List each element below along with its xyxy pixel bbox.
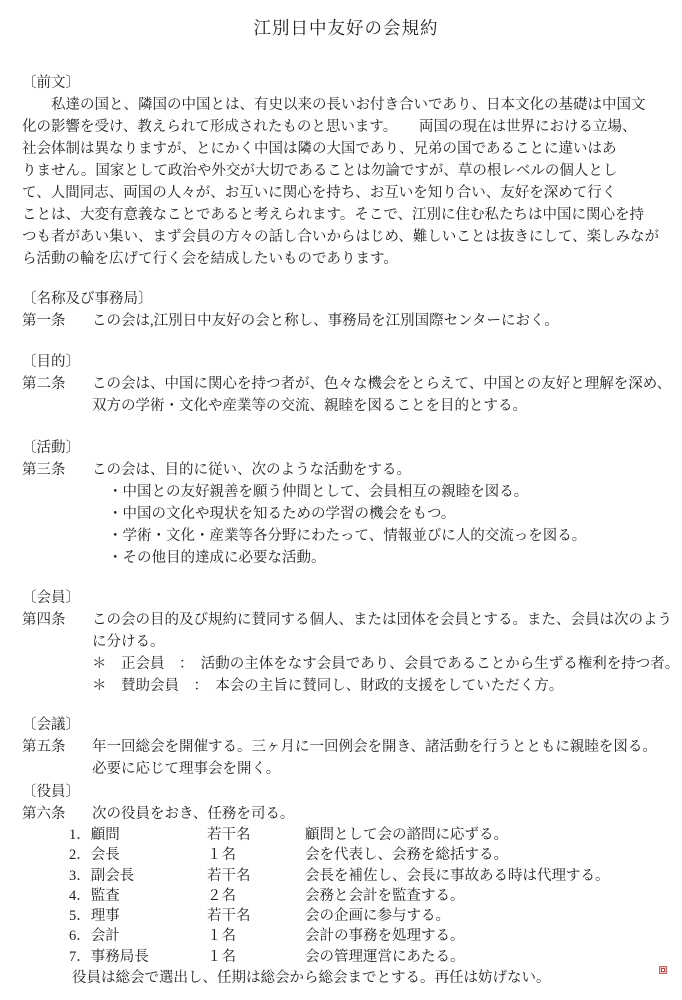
member-types-list: ＊ 正会員 ： 活動の主体をなす会員であり、会員であることから生ずる権利を持つ者…: [92, 653, 679, 697]
activity-item: ・その他目的達成に必要な活動。: [92, 547, 670, 569]
section-heading-purpose: 〔目的〕: [22, 351, 670, 373]
officer-role-row: 3．副会長 若干名 会長を補佐し、会長に事故ある時は代理する。: [69, 866, 670, 886]
officer-role-duty: 顧問として会の諮問に応ずる。: [305, 825, 670, 845]
article-1-number: 第一条: [22, 310, 92, 332]
article-4-number: 第四条: [22, 609, 92, 631]
officer-role-count: 若干名: [207, 825, 305, 845]
preamble-paragraph: 私達の国と、隣国の中国とは、有史以来の長いお付き合いであり、日本文化の基礎は中国…: [22, 94, 670, 270]
officer-role-row: 1．顧問 若干名 顧問として会の諮問に応ずる。: [69, 825, 670, 845]
section-meetings: 〔会議〕 第五条 年一回総会を開催する。三ヶ月に一回例会を開き、諸活動を行うとと…: [22, 714, 670, 780]
officer-role-title: 2．会長: [69, 845, 207, 865]
page-title: 江別日中友好の会規約: [22, 16, 670, 40]
member-type-item: ＊ 正会員 ： 活動の主体をなす会員であり、会員であることから生ずる権利を持つ者…: [92, 653, 679, 675]
member-type-item: ＊ 賛助会員 ： 本会の主旨に賛同し、財政的支援をしていただく方。: [92, 675, 679, 697]
officer-role-duty: 会を代表し、会務を総括する。: [305, 845, 670, 865]
officer-role-count: 若干名: [207, 866, 305, 886]
article-2: 第二条 この会は、中国に関心を持つ者が、色々な機会をとらえて、中国との友好と理解…: [22, 373, 670, 417]
officer-role-duty: 会計の事務を処理する。: [305, 926, 670, 946]
article-3-number: 第三条: [22, 459, 92, 481]
officer-role-count: １名: [207, 926, 305, 946]
article-1-body: この会は,江別日中友好の会と称し、事務局を江別国際センターにおく。: [92, 310, 670, 332]
section-heading-meetings: 〔会議〕: [22, 714, 670, 736]
section-name-office: 〔名称及び事務局〕 第一条 この会は,江別日中友好の会と称し、事務局を江別国際セ…: [22, 288, 670, 332]
officer-role-title: 1．顧問: [69, 825, 207, 845]
officer-role-count: １名: [207, 845, 305, 865]
officer-role-title: 7．事務局長: [69, 947, 207, 967]
officer-role-row: 6．会計 １名 会計の事務を処理する。: [69, 926, 670, 946]
section-heading-officers: 〔役員〕: [22, 781, 670, 803]
activity-item: ・中国との友好親善を願う仲間として、会員相互の親睦を図る。: [92, 481, 670, 503]
officer-role-duty: 会務と会計を監査する。: [305, 886, 670, 906]
article-6-number: 第六条: [22, 803, 92, 825]
article-3-body: この会は、目的に従い、次のような活動をする。 ・中国との友好親善を願う仲間として…: [92, 459, 670, 569]
article-2-number: 第二条: [22, 373, 92, 395]
article-6: 第六条 次の役員をおき、任務を司る。: [22, 803, 670, 825]
article-5-number: 第五条: [22, 736, 92, 758]
officer-role-duty: 会の管理運営にあたる。: [305, 947, 670, 967]
article-3: 第三条 この会は、目的に従い、次のような活動をする。 ・中国との友好親善を願う仲…: [22, 459, 670, 569]
article-3-intro: この会は、目的に従い、次のような活動をする。: [92, 459, 670, 481]
officer-role-title: 6．会計: [69, 926, 207, 946]
officer-role-count: ２名: [207, 886, 305, 906]
officer-role-duty: 会の企画に参与する。: [305, 906, 670, 926]
article-4-intro: この会の目的及び規約に賛同する個人、または団体を会員とする。また、会員は次のよう…: [92, 609, 679, 653]
officer-role-row: 4．監査 ２名 会務と会計を監査する。: [69, 886, 670, 906]
article-6-intro: 次の役員をおき、任務を司る。: [92, 803, 670, 825]
red-marker-icon: [659, 966, 667, 974]
section-heading-activities: 〔活動〕: [22, 437, 670, 459]
article-4: 第四条 この会の目的及び規約に賛同する個人、または団体を会員とする。また、会員は…: [22, 609, 670, 697]
document-page: 江別日中友好の会規約 〔前文〕 私達の国と、隣国の中国とは、有史以来の長いお付き…: [0, 0, 682, 1000]
article-2-body: この会は、中国に関心を持つ者が、色々な機会をとらえて、中国との友好と理解を深め、…: [92, 373, 671, 417]
officer-role-count: １名: [207, 947, 305, 967]
officer-role-row: 5．理事 若干名 会の企画に参与する。: [69, 906, 670, 926]
officer-role-count: 若干名: [207, 906, 305, 926]
officers-note: 役員は総会で選出し、任期は総会から総会までとする。再任は妨げない。: [72, 967, 670, 989]
section-heading-name-office: 〔名称及び事務局〕: [22, 288, 670, 310]
article-1: 第一条 この会は,江別日中友好の会と称し、事務局を江別国際センターにおく。: [22, 310, 670, 332]
officer-role-title: 3．副会長: [69, 866, 207, 886]
section-activities: 〔活動〕 第三条 この会は、目的に従い、次のような活動をする。 ・中国との友好親…: [22, 437, 670, 569]
section-members: 〔会員〕 第四条 この会の目的及び規約に賛同する個人、または団体を会員とする。ま…: [22, 587, 670, 697]
article-4-body: この会の目的及び規約に賛同する個人、または団体を会員とする。また、会員は次のよう…: [92, 609, 679, 697]
activity-item: ・学術・文化・産業等各分野にわたって、情報並びに人的交流っを図る。: [92, 525, 670, 547]
section-officers: 〔役員〕 第六条 次の役員をおき、任務を司る。 1．顧問 若干名 顧問として会の…: [22, 781, 670, 989]
red-marker-inner: [661, 968, 665, 972]
article-5: 第五条 年一回総会を開催する。三ヶ月に一回例会を開き、諸活動を行うとともに親睦を…: [22, 736, 670, 780]
officer-role-title: 4．監査: [69, 886, 207, 906]
officer-role-row: 2．会長 １名 会を代表し、会務を総括する。: [69, 845, 670, 865]
document-content: 江別日中友好の会規約 〔前文〕 私達の国と、隣国の中国とは、有史以来の長いお付き…: [0, 16, 682, 989]
officer-roles-table: 1．顧問 若干名 顧問として会の諮問に応ずる。 2．会長 １名 会を代表し、会務…: [69, 825, 670, 967]
officer-role-row: 7．事務局長 １名 会の管理運営にあたる。: [69, 947, 670, 967]
officer-role-duty: 会長を補佐し、会長に事故ある時は代理する。: [305, 866, 670, 886]
section-preamble: 〔前文〕 私達の国と、隣国の中国とは、有史以来の長いお付き合いであり、日本文化の…: [22, 72, 670, 270]
officer-role-title: 5．理事: [69, 906, 207, 926]
activities-list: ・中国との友好親善を願う仲間として、会員相互の親睦を図る。 ・中国の文化や現状を…: [92, 481, 670, 569]
section-heading-members: 〔会員〕: [22, 587, 670, 609]
section-heading-preamble: 〔前文〕: [22, 72, 670, 94]
section-purpose: 〔目的〕 第二条 この会は、中国に関心を持つ者が、色々な機会をとらえて、中国との…: [22, 351, 670, 417]
article-5-body: 年一回総会を開催する。三ヶ月に一回例会を開き、諸活動を行うとともに親睦を図る。 …: [92, 736, 670, 780]
activity-item: ・中国の文化や現状を知るための学習の機会をもつ。: [92, 503, 670, 525]
